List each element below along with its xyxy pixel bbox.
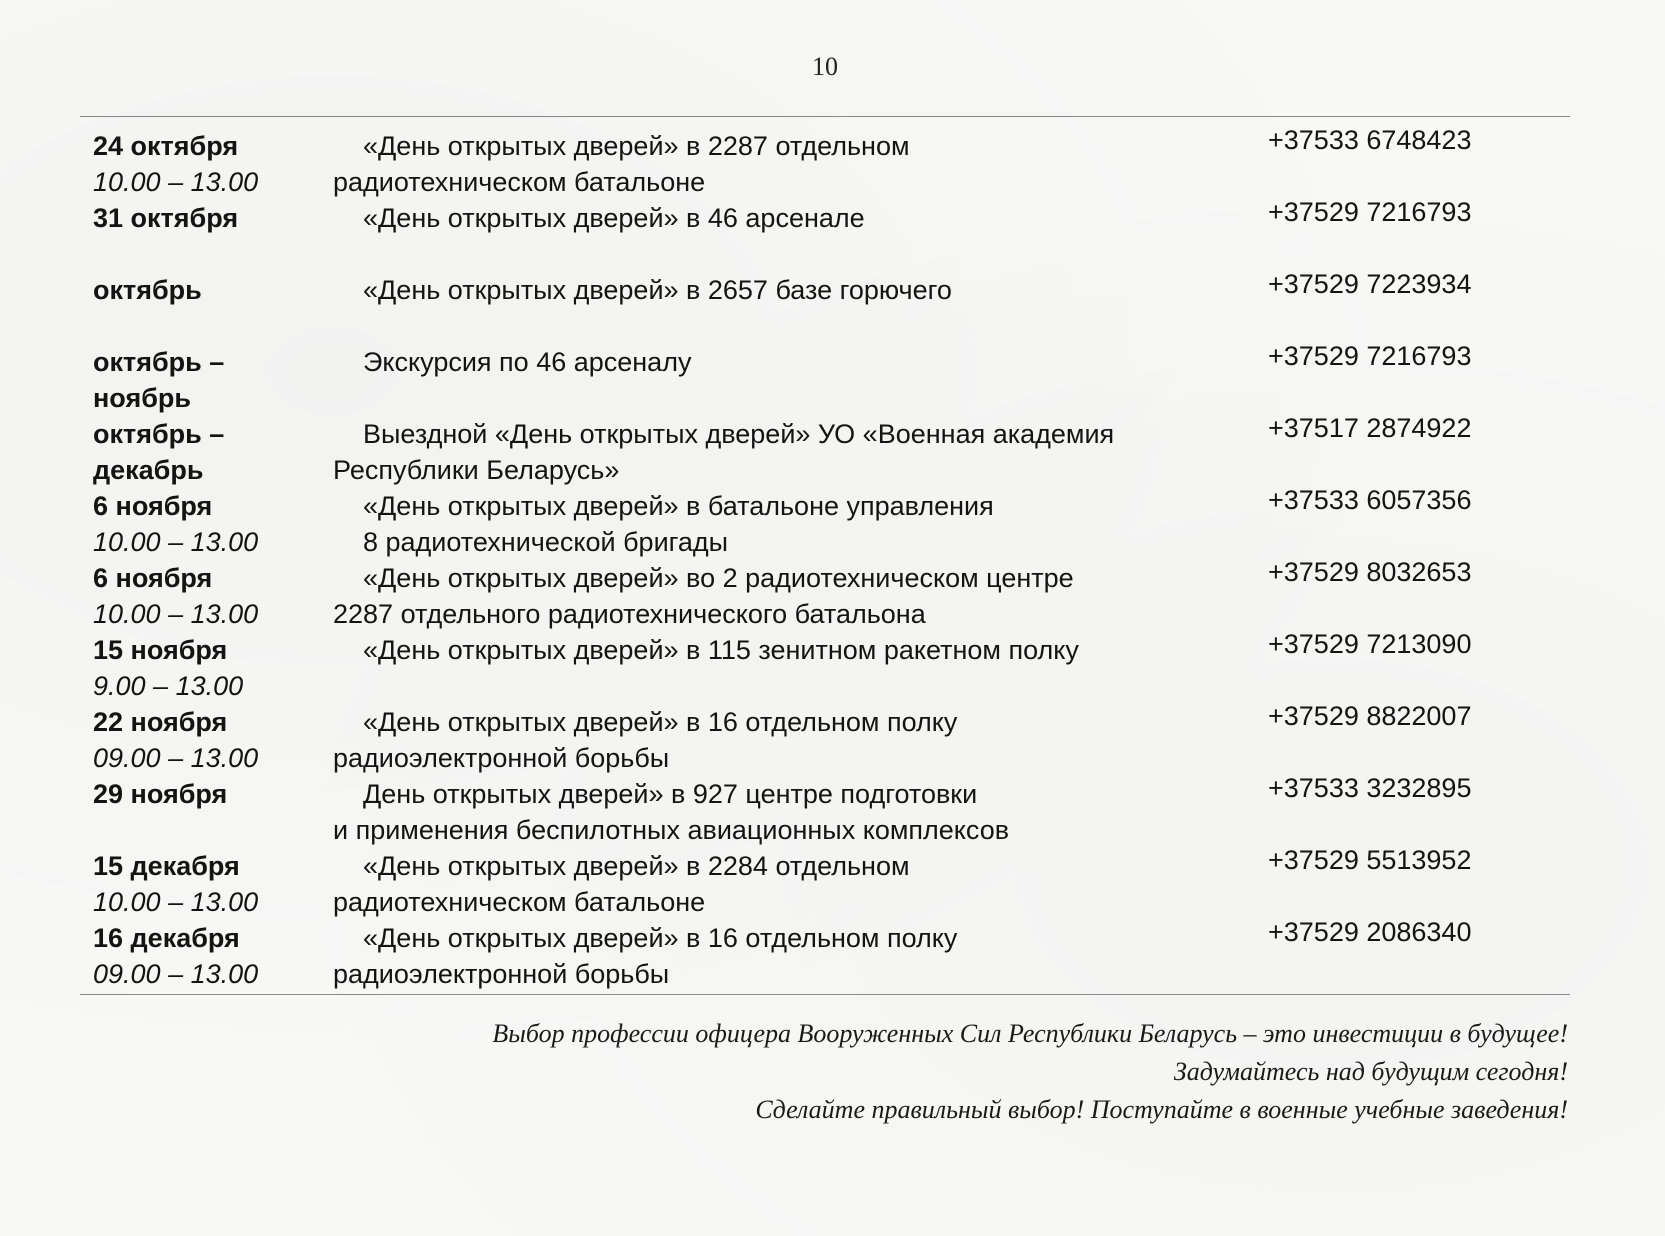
event-time: 10.00 – 13.00 — [93, 884, 333, 920]
event-time: 09.00 – 13.00 — [93, 956, 333, 992]
event-title-line: Выездной «День открытых дверей» УО «Воен… — [333, 416, 1233, 452]
event-title-line: «День открытых дверей» во 2 радиотехниче… — [333, 560, 1233, 596]
page-number: 10 — [812, 52, 838, 82]
event-title-line: «День открытых дверей» в 115 зенитном ра… — [333, 632, 1233, 668]
event-cell: «День открытых дверей» в 46 арсенале — [333, 200, 1233, 236]
contact-phone: +37529 5513952 — [1268, 842, 1471, 878]
date-cell: октябрь — [93, 272, 333, 308]
contact-phone: +37529 7223934 — [1268, 266, 1471, 302]
date-cell: 15 ноября 9.00 – 13.00 — [93, 632, 333, 704]
event-cell: День открытых дверей» в 927 центре подго… — [333, 776, 1233, 848]
slogan-line: Задумайтесь над будущим сегодня! — [492, 1053, 1568, 1091]
event-title-line: День открытых дверей» в 927 центре подго… — [333, 776, 1233, 812]
event-date: 22 ноября — [93, 704, 333, 740]
event-title-line: «День открытых дверей» в 16 отдельном по… — [333, 704, 1233, 740]
event-date: 6 ноября — [93, 488, 333, 524]
event-cell: «День открытых дверей» в 16 отдельном по… — [333, 704, 1233, 776]
event-title-line: радиоэлектронной борьбы — [333, 740, 1233, 776]
event-title-line: «День открытых дверей» в батальоне управ… — [333, 488, 1233, 524]
bottom-rule — [80, 994, 1570, 995]
slogan-line: Выбор профессии офицера Вооруженных Сил … — [492, 1015, 1568, 1053]
event-date: 29 ноября — [93, 776, 333, 812]
event-title-line: «День открытых дверей» в 2284 отдельном — [333, 848, 1233, 884]
event-date: 16 декабря — [93, 920, 333, 956]
event-date: 15 декабря — [93, 848, 333, 884]
date-cell: октябрь – ноябрь — [93, 344, 333, 416]
event-cell: «День открытых дверей» в 2657 базе горюч… — [333, 272, 1233, 308]
document-page: 10 24 октября 10.00 – 13.00 «День открыт… — [0, 0, 1665, 1236]
contact-phone: +37529 7216793 — [1268, 194, 1471, 230]
event-title-line: «День открытых дверей» в 2657 базе горюч… — [333, 272, 1233, 308]
event-cell: «День открытых дверей» в 16 отдельном по… — [333, 920, 1233, 992]
event-cell: Экскурсия по 46 арсеналу — [333, 344, 1233, 380]
event-date: октябрь – декабрь — [93, 416, 333, 488]
event-date: 15 ноября — [93, 632, 333, 668]
date-cell: 24 октября 10.00 – 13.00 — [93, 128, 333, 200]
date-cell: 6 ноября 10.00 – 13.00 — [93, 560, 333, 632]
event-time: 10.00 – 13.00 — [93, 524, 333, 560]
contact-phone: +37529 7213090 — [1268, 626, 1471, 662]
event-title-line: радиотехническом батальоне — [333, 164, 1233, 200]
event-title-line: «День открытых дверей» в 46 арсенале — [333, 200, 1233, 236]
date-cell: 31 октября — [93, 200, 333, 236]
footer-slogan: Выбор профессии офицера Вооруженных Сил … — [492, 1015, 1568, 1129]
date-cell: 6 ноября 10.00 – 13.00 — [93, 488, 333, 560]
event-title-line: 8 радиотехнической бригады — [333, 524, 1233, 560]
event-title-line: радиотехническом батальоне — [333, 884, 1233, 920]
event-cell: «День открытых дверей» в 115 зенитном ра… — [333, 632, 1233, 668]
event-title-line: «День открытых дверей» в 2287 отдельном — [333, 128, 1233, 164]
date-cell: 22 ноября 09.00 – 13.00 — [93, 704, 333, 776]
event-date: 31 октября — [93, 200, 333, 236]
event-cell: «День открытых дверей» в 2287 отдельном … — [333, 128, 1233, 200]
contact-phone: +37533 6748423 — [1268, 122, 1471, 158]
top-rule — [80, 116, 1570, 117]
date-cell: 15 декабря 10.00 – 13.00 — [93, 848, 333, 920]
event-cell: «День открытых дверей» в батальоне управ… — [333, 488, 1233, 560]
contact-phone: +37533 3232895 — [1268, 770, 1471, 806]
event-date: 6 ноября — [93, 560, 333, 596]
contact-phone: +37533 6057356 — [1268, 482, 1471, 518]
contact-phone: +37529 2086340 — [1268, 914, 1471, 950]
event-title-line: Экскурсия по 46 арсеналу — [333, 344, 1233, 380]
event-time: 9.00 – 13.00 — [93, 668, 333, 704]
event-cell: «День открытых дверей» в 2284 отдельном … — [333, 848, 1233, 920]
contact-phone: +37517 2874922 — [1268, 410, 1471, 446]
event-time: 10.00 – 13.00 — [93, 164, 333, 200]
event-title-line: 2287 отдельного радиотехнического баталь… — [333, 596, 1233, 632]
event-title-line: радиоэлектронной борьбы — [333, 956, 1233, 992]
event-time: 10.00 – 13.00 — [93, 596, 333, 632]
contact-phone: +37529 8032653 — [1268, 554, 1471, 590]
date-cell: октябрь – декабрь — [93, 416, 333, 488]
date-cell: 16 декабря 09.00 – 13.00 — [93, 920, 333, 992]
event-date: октябрь — [93, 272, 333, 308]
event-cell: «День открытых дверей» во 2 радиотехниче… — [333, 560, 1233, 632]
contact-phone: +37529 8822007 — [1268, 698, 1471, 734]
event-date: октябрь – ноябрь — [93, 344, 333, 416]
event-cell: Выездной «День открытых дверей» УО «Воен… — [333, 416, 1233, 488]
contact-phone: +37529 7216793 — [1268, 338, 1471, 374]
slogan-line: Сделайте правильный выбор! Поступайте в … — [492, 1091, 1568, 1129]
event-date: 24 октября — [93, 128, 333, 164]
event-title-line: и применения беспилотных авиационных ком… — [333, 812, 1233, 848]
date-cell: 29 ноября — [93, 776, 333, 812]
event-title-line: «День открытых дверей» в 16 отдельном по… — [333, 920, 1233, 956]
event-title-line: Республики Беларусь» — [333, 452, 1233, 488]
event-time: 09.00 – 13.00 — [93, 740, 333, 776]
